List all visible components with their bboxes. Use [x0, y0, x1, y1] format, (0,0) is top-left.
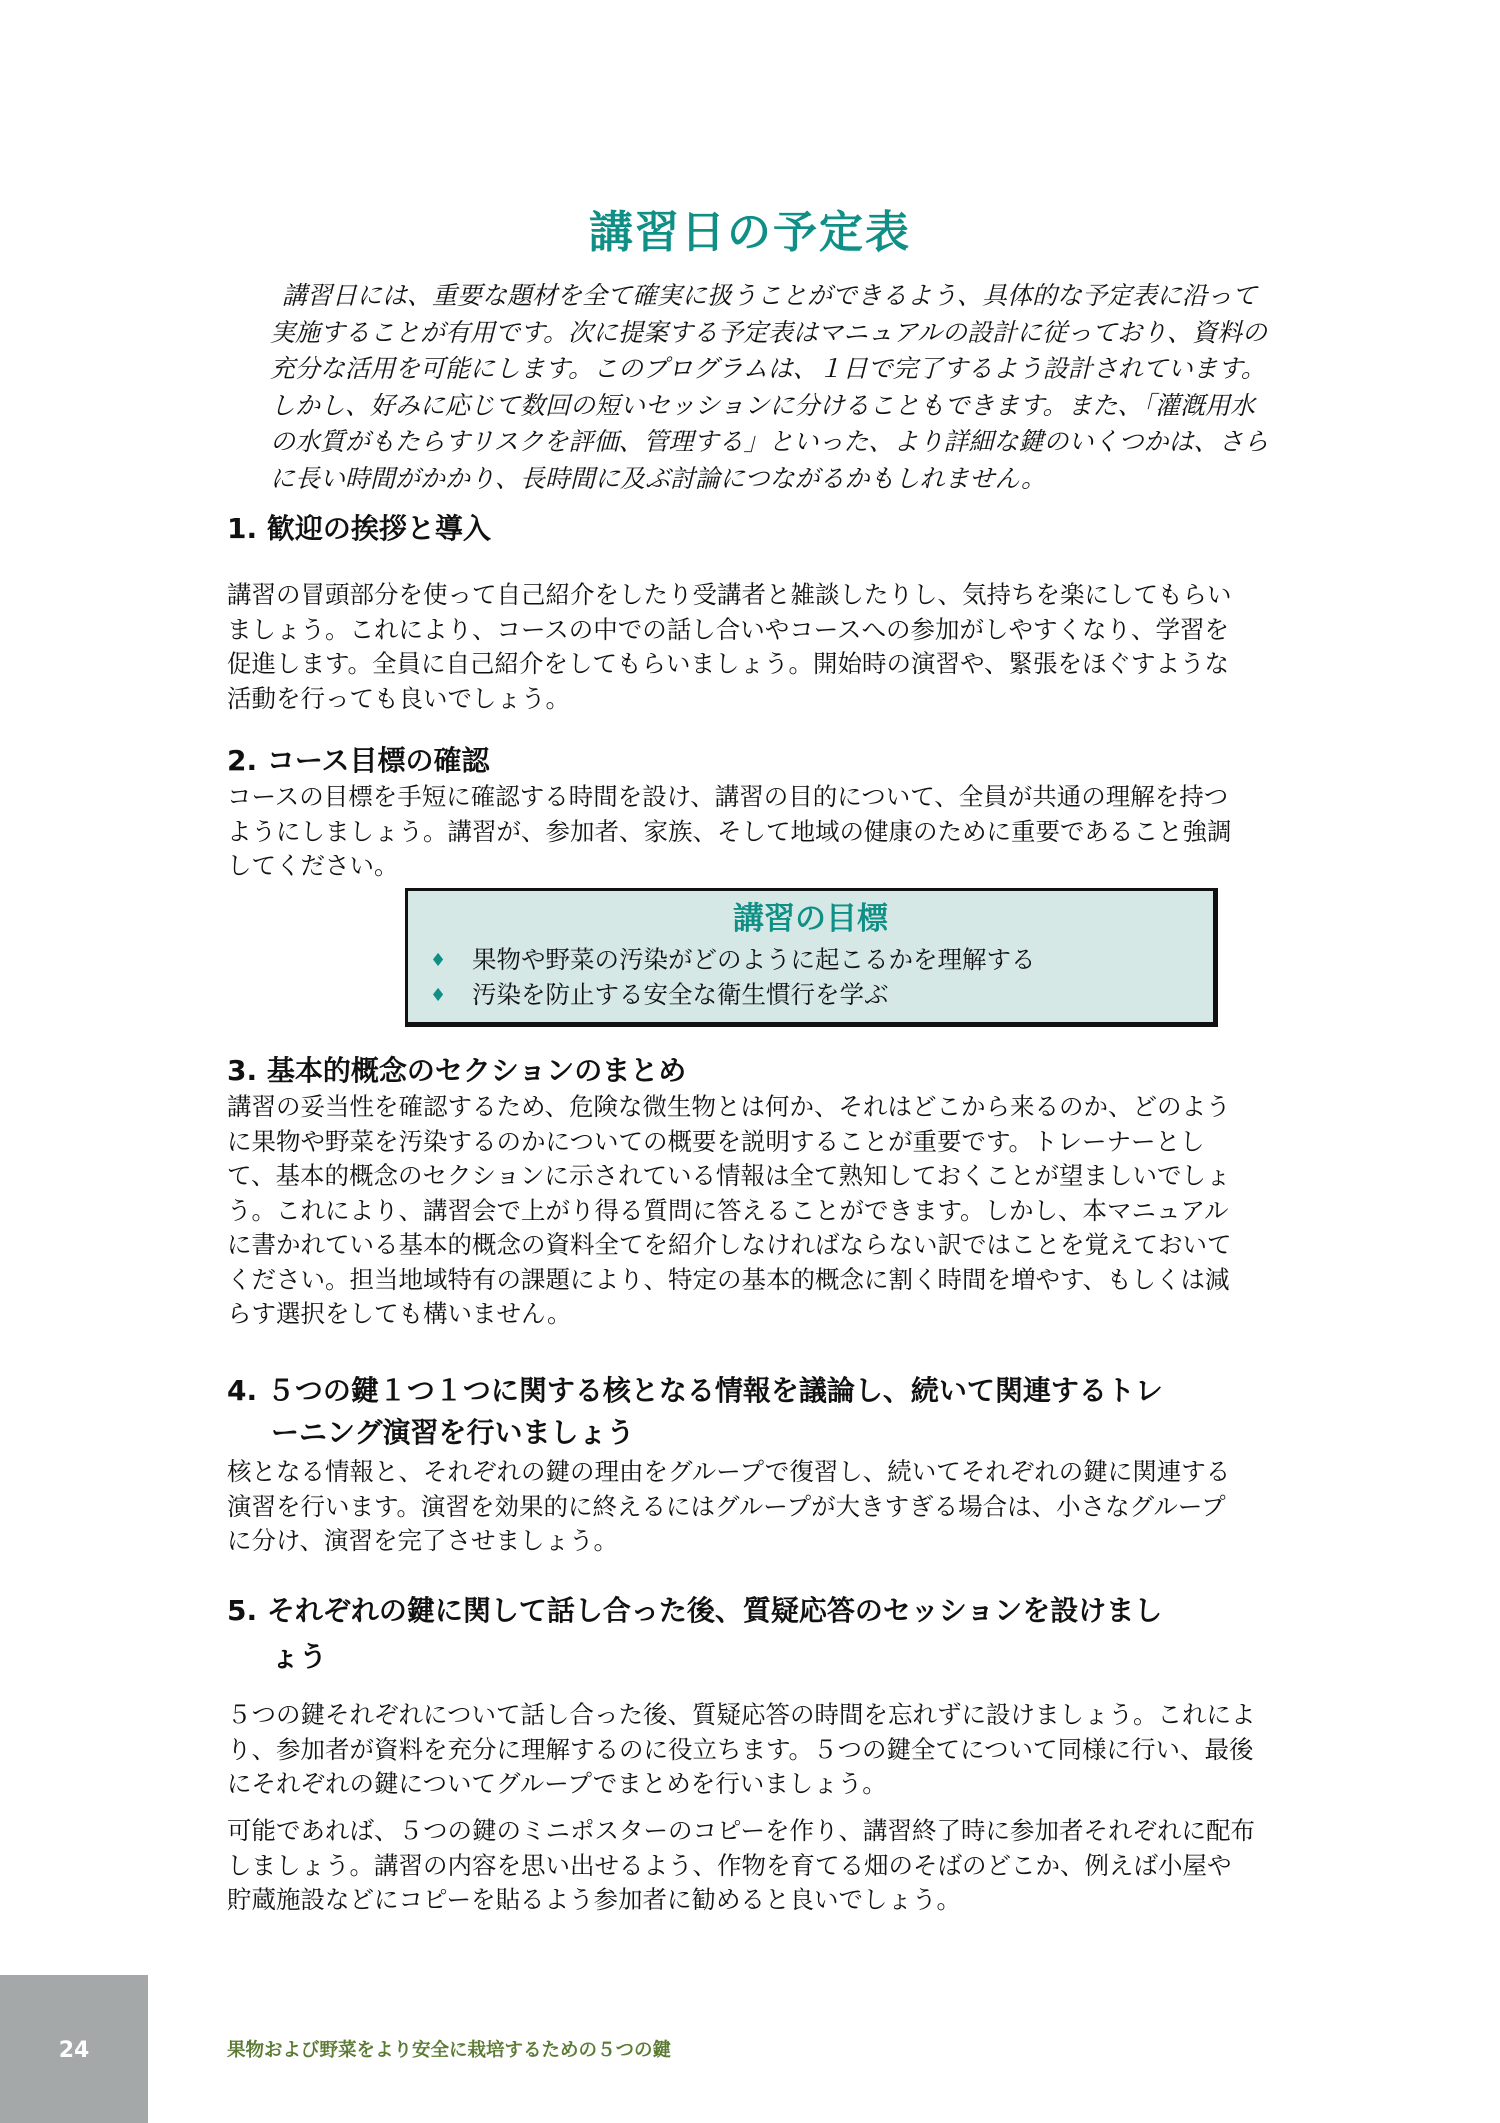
goals-list: ♦果物や野菜の汚染がどのように起こるかを理解する ♦汚染を防止する安全な衛生慣行… [408, 943, 1213, 1013]
section-heading-text: 4. ５つの鍵１つ１つに関する核となる情報を議論し、続いて関連するトレ [227, 1374, 1163, 1407]
section-heading: 1. 歓迎の挨拶と導入 [227, 508, 1347, 550]
intro-paragraph: 講習日には、重要な題材を全て確実に扱うことができるよう、具体的な予定表に沿って … [270, 278, 1340, 497]
intro-line: に長い時間がかかり、長時間に及ぶ討論につながるかもしれません。 [270, 461, 1340, 498]
section-heading-text: 2. コース目標の確認 [227, 744, 489, 777]
section-heading-text: 1. 歓迎の挨拶と導入 [227, 512, 491, 545]
section-3-paragraph: 講習の妥当性を確認するため、危険な微生物とは何か、それはどこから来るのか、どのよ… [227, 1090, 1347, 1332]
paragraph-line: り、参加者が資料を充分に理解するのに役立ちます。５つの鍵全てについて同様に行い、… [227, 1733, 1347, 1768]
paragraph-line: て、基本的概念のセクションに示されている情報は全て熟知しておくことが望ましいでし… [227, 1159, 1347, 1194]
course-goals-box: 講習の目標 ♦果物や野菜の汚染がどのように起こるかを理解する ♦汚染を防止する安… [405, 888, 1218, 1027]
diamond-bullet-icon: ♦ [430, 944, 472, 978]
footer-title: 果物および野菜をより安全に栽培するための５つの鍵 [227, 2036, 671, 2062]
goals-title: 講習の目標 [408, 899, 1213, 939]
section-heading-text: 3. 基本的概念のセクションのまとめ [227, 1054, 686, 1087]
section-heading: 3. 基本的概念のセクションのまとめ [227, 1050, 1347, 1092]
paragraph-line: しましょう。講習の内容を思い出せるよう、作物を育てる畑のそばのどこか、例えば小屋… [227, 1849, 1347, 1884]
section-5-paragraph-2: 可能であれば、５つの鍵のミニポスターのコピーを作り、講習終了時に参加者それぞれに… [227, 1814, 1347, 1918]
paragraph-line: 活動を行っても良いでしょう。 [227, 682, 1347, 717]
diamond-bullet-icon: ♦ [430, 979, 472, 1013]
section-2-paragraph: コースの目標を手短に確認する時間を設け、講習の目的について、全員が共通の理解を持… [227, 780, 1347, 884]
goal-item: ♦果物や野菜の汚染がどのように起こるかを理解する [430, 943, 1213, 978]
paragraph-line: 核となる情報と、それぞれの鍵の理由をグループで復習し、続いてそれぞれの鍵に関連す… [227, 1455, 1347, 1490]
paragraph-line: してください。 [227, 849, 1347, 884]
section-4-paragraph: 核となる情報と、それぞれの鍵の理由をグループで復習し、続いてそれぞれの鍵に関連す… [227, 1455, 1347, 1559]
section-4: 4. ５つの鍵１つ１つに関する核となる情報を議論し、続いて関連するトレ ーニング… [227, 1370, 1347, 1454]
section-1-paragraph: 講習の冒頭部分を使って自己紹介をしたり受講者と雑談したりし、気持ちを楽にしてもら… [227, 578, 1347, 716]
section-2: 2. コース目標の確認 [227, 740, 1347, 782]
goal-item: ♦汚染を防止する安全な衛生慣行を学ぶ [430, 978, 1213, 1013]
goal-text: 汚染を防止する安全な衛生慣行を学ぶ [472, 980, 889, 1009]
section-5-paragraph-1: ５つの鍵それぞれについて話し合った後、質疑応答の時間を忘れずに設けましょう。これ… [227, 1698, 1347, 1802]
paragraph-line: コースの目標を手短に確認する時間を設け、講習の目的について、全員が共通の理解を持… [227, 780, 1347, 815]
section-heading-text-continued: ょう [227, 1634, 1347, 1680]
page-number: 24 [0, 2038, 148, 2063]
paragraph-line: に果物や野菜を汚染するのかについての概要を説明することが重要です。トレーナーとし [227, 1125, 1347, 1160]
paragraph-line: ようにしましょう。講習が、参加者、家族、そして地域の健康のために重要であること強… [227, 815, 1347, 850]
intro-line: 実施することが有用です。次に提案する予定表はマニュアルの設計に従っており、資料の [270, 315, 1340, 352]
paragraph-line: らす選択をしても構いません。 [227, 1297, 1347, 1332]
section-1: 1. 歓迎の挨拶と導入 [227, 508, 1347, 550]
intro-line: しかし、好みに応じて数回の短いセッションに分けることもできます。また、「灌漑用水 [270, 388, 1340, 425]
paragraph-line: ましょう。これにより、コースの中での話し合いやコースへの参加がしやすくなり、学習… [227, 613, 1347, 648]
intro-line: 講習日には、重要な題材を全て確実に扱うことができるよう、具体的な予定表に沿って [270, 278, 1340, 315]
section-heading-text-continued: ーニング演習を行いましょう [227, 1412, 1347, 1454]
goal-text: 果物や野菜の汚染がどのように起こるかを理解する [472, 945, 1036, 974]
section-5: 5. それぞれの鍵に関して話し合った後、質疑応答のセッションを設けまし ょう [227, 1588, 1347, 1680]
paragraph-line: 可能であれば、５つの鍵のミニポスターのコピーを作り、講習終了時に参加者それぞれに… [227, 1814, 1347, 1849]
paragraph-line: ５つの鍵それぞれについて話し合った後、質疑応答の時間を忘れずに設けましょう。これ… [227, 1698, 1347, 1733]
paragraph-line: ください。担当地域特有の課題により、特定の基本的概念に割く時間を増やす、もしくは… [227, 1263, 1347, 1298]
paragraph-line: 促進します。全員に自己紹介をしてもらいましょう。開始時の演習や、緊張をほぐすよう… [227, 647, 1347, 682]
paragraph-line: 貯蔵施設などにコピーを貼るよう参加者に勧めると良いでしょう。 [227, 1883, 1347, 1918]
section-heading: 4. ５つの鍵１つ１つに関する核となる情報を議論し、続いて関連するトレ ーニング… [227, 1370, 1347, 1454]
section-3: 3. 基本的概念のセクションのまとめ [227, 1050, 1347, 1092]
paragraph-line: 演習を行います。演習を効果的に終えるにはグループが大きすぎる場合は、小さなグルー… [227, 1490, 1347, 1525]
paragraph-line: にそれぞれの鍵についてグループでまとめを行いましょう。 [227, 1767, 1347, 1802]
intro-line: 充分な活用を可能にします。このプログラムは、１日で完了するよう設計されています。 [270, 351, 1340, 388]
page-title: 講習日の予定表 [0, 196, 1500, 260]
section-heading-text: 5. それぞれの鍵に関して話し合った後、質疑応答のセッションを設けまし [227, 1594, 1162, 1627]
paragraph-line: う。これにより、講習会で上がり得る質問に答えることができます。しかし、本マニュア… [227, 1194, 1347, 1229]
section-heading: 5. それぞれの鍵に関して話し合った後、質疑応答のセッションを設けまし ょう [227, 1588, 1347, 1680]
section-heading: 2. コース目標の確認 [227, 740, 1347, 782]
paragraph-line: 講習の冒頭部分を使って自己紹介をしたり受講者と雑談したりし、気持ちを楽にしてもら… [227, 578, 1347, 613]
paragraph-line: に分け、演習を完了させましょう。 [227, 1524, 1347, 1559]
paragraph-line: 講習の妥当性を確認するため、危険な微生物とは何か、それはどこから来るのか、どのよ… [227, 1090, 1347, 1125]
intro-line: の水質がもたらすリスクを評価、管理する」といった、より詳細な鍵のいくつかは、さら [270, 424, 1340, 461]
paragraph-line: に書かれている基本的概念の資料全てを紹介しなければならない訳ではことを覚えておい… [227, 1228, 1347, 1263]
